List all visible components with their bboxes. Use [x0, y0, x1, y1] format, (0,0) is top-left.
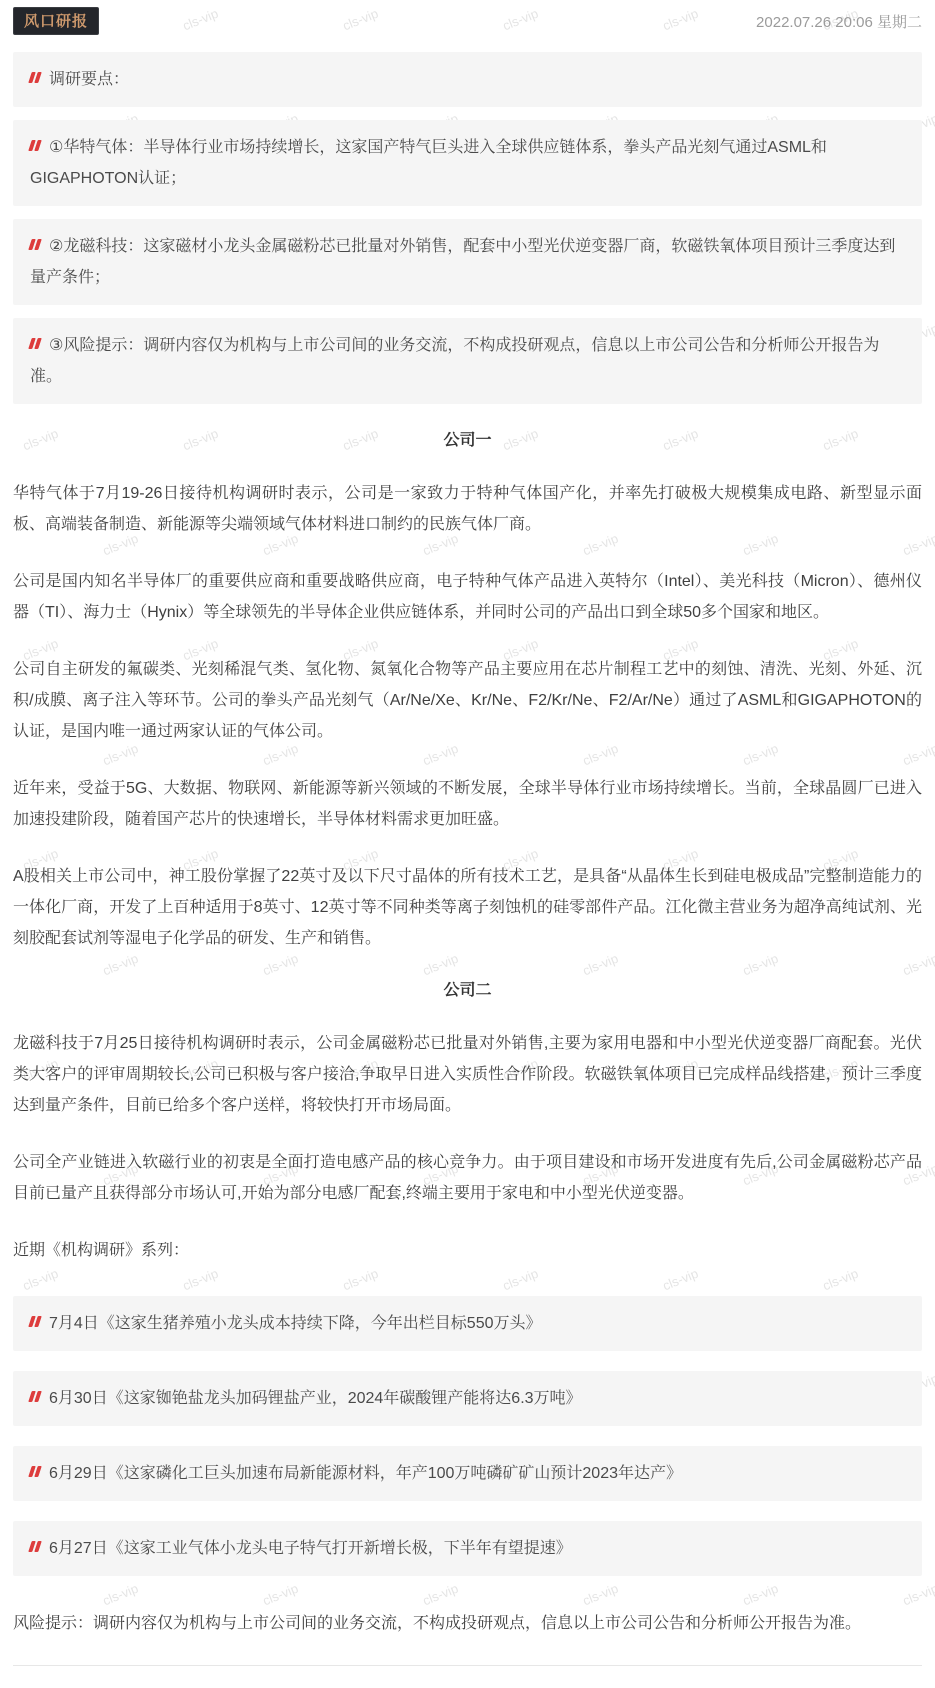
- report-type-badge: 风口研报: [13, 7, 99, 35]
- quote-icon: [30, 239, 42, 250]
- quote-icon: [30, 1466, 42, 1477]
- series-article-item[interactable]: 6月27日《这家工业气体小龙头电子特气打开新增长极，下半年有望提速》: [13, 1521, 922, 1576]
- risk-disclaimer: 风险提示：调研内容仅为机构与上市公司间的业务交流，不构成投研观点，信息以上市公司…: [13, 1608, 922, 1639]
- bottom-spacer: [13, 1666, 922, 1688]
- quote-icon: [30, 140, 42, 151]
- summary-quote-block: ③风险提示：调研内容仅为机构与上市公司间的业务交流，不构成投研观点，信息以上市公…: [13, 318, 922, 404]
- paragraph: 龙磁科技于7月25日接待机构调研时表示，公司金属磁粉芯已批量对外销售,主要为家用…: [13, 1028, 922, 1121]
- summary-quote-text: ②龙磁科技：这家磁材小龙头金属磁粉芯已批量对外销售，配套中小型光伏逆变器厂商，软…: [30, 238, 895, 286]
- publish-timestamp: 2022.07.26 20:06 星期二: [756, 11, 922, 32]
- article-content: 风口研报 2022.07.26 20:06 星期二 调研要点： ①华特气体：半导…: [0, 0, 935, 1688]
- series-article-item[interactable]: 6月30日《这家铷铯盐龙头加码锂盐产业，2024年碳酸锂产能将达6.3万吨》: [13, 1371, 922, 1426]
- series-intro: 近期《机构调研》系列：: [13, 1235, 922, 1266]
- series-article-item[interactable]: 7月4日《这家生猪养殖小龙头成本持续下降，今年出栏目标550万头》: [13, 1296, 922, 1351]
- article-header: 风口研报 2022.07.26 20:06 星期二: [13, 7, 922, 35]
- paragraph: A股相关上市公司中，神工股份掌握了22英寸及以下尺寸晶体的所有技术工艺，是具备“…: [13, 861, 922, 954]
- quote-icon: [30, 1391, 42, 1402]
- paragraph: 公司自主研发的氟碳类、光刻稀混气类、氢化物、氮氧化合物等产品主要应用在芯片制程工…: [13, 654, 922, 747]
- summary-quote-block: ①华特气体：半导体行业市场持续增长，这家国产特气巨头进入全球供应链体系，拳头产品…: [13, 120, 922, 206]
- summary-quote-block: ②龙磁科技：这家磁材小龙头金属磁粉芯已批量对外销售，配套中小型光伏逆变器厂商，软…: [13, 219, 922, 305]
- series-article-title: 6月27日《这家工业气体小龙头电子特气打开新增长极，下半年有望提速》: [49, 1540, 572, 1557]
- paragraph: 近年来，受益于5G、大数据、物联网、新能源等新兴领域的不断发展，全球半导体行业市…: [13, 773, 922, 835]
- summary-quote-text: 调研要点：: [49, 71, 129, 88]
- series-article-item[interactable]: 6月29日《这家磷化工巨头加速布局新能源材料，年产100万吨磷矿矿山预计2023…: [13, 1446, 922, 1501]
- paragraph: 华特气体于7月19-26日接待机构调研时表示，公司是一家致力于特种气体国产化，并…: [13, 478, 922, 540]
- summary-quote-text: ①华特气体：半导体行业市场持续增长，这家国产特气巨头进入全球供应链体系，拳头产品…: [30, 139, 827, 187]
- section-heading-company-one: 公司一: [13, 430, 922, 452]
- series-article-title: 7月4日《这家生猪养殖小龙头成本持续下降，今年出栏目标550万头》: [49, 1315, 542, 1332]
- section-heading-company-two: 公司二: [13, 980, 922, 1002]
- paragraph: 公司全产业链进入软磁行业的初衷是全面打造电感产品的核心竞争力。由于项目建设和市场…: [13, 1147, 922, 1209]
- series-article-title: 6月30日《这家铷铯盐龙头加码锂盐产业，2024年碳酸锂产能将达6.3万吨》: [49, 1390, 582, 1407]
- paragraph: 公司是国内知名半导体厂的重要供应商和重要战略供应商，电子特种气体产品进入英特尔（…: [13, 566, 922, 628]
- quote-icon: [30, 1316, 42, 1327]
- article-page: cls-vipcls-vipcls-vipcls-vipcls-vipcls-v…: [0, 0, 935, 1688]
- quote-icon: [30, 1541, 42, 1552]
- series-article-list: 7月4日《这家生猪养殖小龙头成本持续下降，今年出栏目标550万头》 6月30日《…: [13, 1296, 922, 1576]
- quote-icon: [30, 338, 42, 349]
- quote-icon: [30, 72, 42, 83]
- summary-quote-block: 调研要点：: [13, 52, 922, 107]
- series-article-title: 6月29日《这家磷化工巨头加速布局新能源材料，年产100万吨磷矿矿山预计2023…: [49, 1465, 682, 1482]
- summary-quote-text: ③风险提示：调研内容仅为机构与上市公司间的业务交流，不构成投研观点，信息以上市公…: [30, 337, 879, 385]
